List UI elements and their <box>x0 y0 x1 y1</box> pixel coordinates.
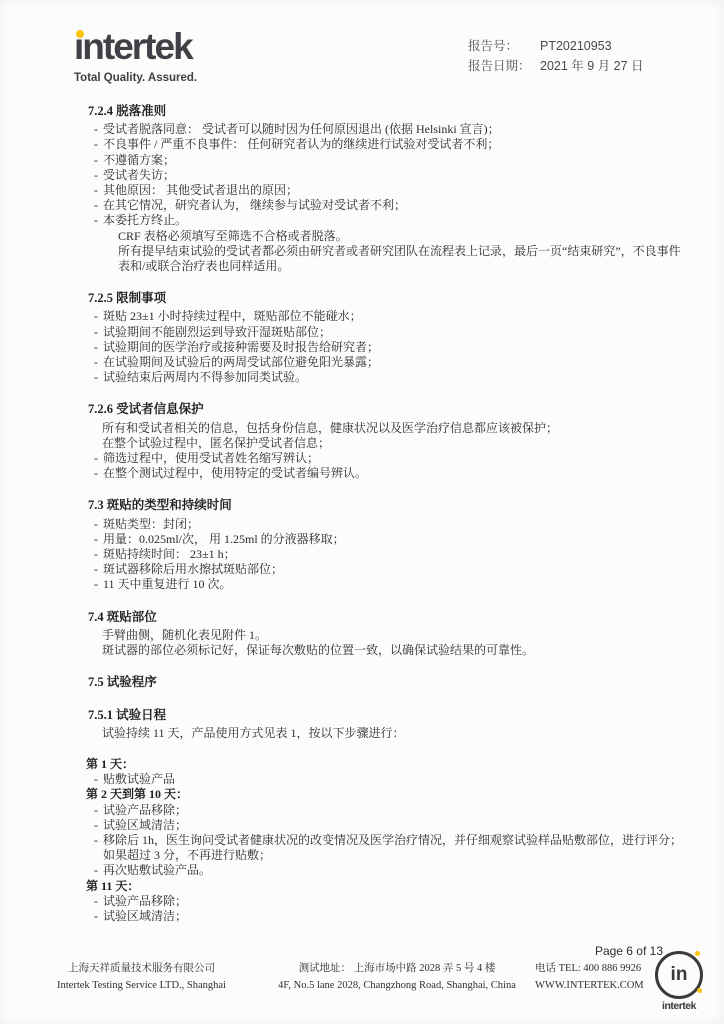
bullet-line: -试验产品移除； <box>88 894 688 909</box>
bullet-marker: - <box>94 577 103 592</box>
line-text: 斑贴持续时间： 23±1 h； <box>103 547 688 562</box>
section-heading: 7.4 斑贴部位 <box>88 610 688 625</box>
logo-wordmark: intertek <box>74 28 197 65</box>
line-text: 本委托方终止。 <box>103 213 688 228</box>
section-heading: 7.2.4 脱落准则 <box>88 104 688 119</box>
bullet-marker: - <box>94 466 103 481</box>
logo-text: intertek <box>74 26 192 67</box>
footer-company-cn: 上海天祥质量技术服务有限公司 <box>34 961 249 977</box>
bullet-line: -不良事件 / 严重不良事件： 任何研究者认为的继续进行试验对受试者不利； <box>88 137 688 152</box>
spacer <box>88 741 688 757</box>
intertek-logo: intertek Total Quality. Assured. <box>74 28 197 84</box>
bullet-line: -试验区域清洁； <box>88 909 688 924</box>
line-text: 贴敷试验产品 <box>103 772 688 787</box>
bullet-line: -受试者失访； <box>88 168 688 183</box>
line-text: 试验期间不能剧烈运到导致汗湿斑贴部位； <box>103 325 688 340</box>
bullet-line: -试验结束后两周内不得参加同类试验。 <box>88 370 688 385</box>
day-heading: 第 2 天到第 10 天： <box>86 787 688 802</box>
bullet-line: -不遵循方案； <box>88 153 688 168</box>
document-body: 7.2.4 脱落准则-受试者脱落同意： 受试者可以随时因为任何原因退出 (依据 … <box>88 104 688 924</box>
bullet-line: -在整个测试过程中，使用特定的受试者编号辨认。 <box>88 466 688 481</box>
section-heading: 7.5.1 试验日程 <box>88 708 688 723</box>
line-text: 斑贴类型：封闭； <box>103 517 688 532</box>
bullet-marker: - <box>94 818 103 833</box>
page-number: Page 6 of 13 <box>535 942 665 961</box>
bullet-marker: - <box>94 153 103 168</box>
bullet-marker: - <box>94 517 103 532</box>
bullet-marker: - <box>94 772 103 787</box>
bullet-line: -试验期间不能剧烈运到导致汗湿斑贴部位； <box>88 325 688 340</box>
bullet-marker: - <box>94 833 103 863</box>
bullet-line: -筛选过程中，使用受试者姓名缩写辨认； <box>88 451 688 466</box>
bullet-line: -用量：0.025ml/次， 用 1.25ml 的分液器移取； <box>88 532 688 547</box>
bullet-line: -斑贴持续时间： 23±1 h； <box>88 547 688 562</box>
day-heading: 第 11 天： <box>86 879 688 894</box>
bullet-marker: - <box>94 451 103 466</box>
report-no-value: PT20210953 <box>540 36 612 56</box>
bullet-line: -本委托方终止。 <box>88 213 688 228</box>
bullet-marker: - <box>94 863 103 878</box>
line-text: 试验区域清洁； <box>103 909 688 924</box>
logo-tagline: Total Quality. Assured. <box>74 72 197 84</box>
footer-contact-block: Page 6 of 13 电话 TEL: 400 886 9926 WWW.IN… <box>535 942 665 994</box>
section-heading: 7.2.6 受试者信息保护 <box>88 402 688 417</box>
report-page: intertek Total Quality. Assured. 报告号： PT… <box>0 0 724 1024</box>
line-text: 不良事件 / 严重不良事件： 任何研究者认为的继续进行试验对受试者不利； <box>103 137 688 152</box>
bullet-marker: - <box>94 562 103 577</box>
text-line: 手臂曲侧，随机化表见附件 1。 <box>88 628 688 643</box>
footer-company-en: Intertek Testing Service LTD., Shanghai <box>34 978 249 994</box>
line-text: 不遵循方案； <box>103 153 688 168</box>
line-text: 受试者失访； <box>103 168 688 183</box>
line-text: 在试验期间及试验后的两周受试部位避免阳光暴露； <box>103 355 688 370</box>
bullet-marker: - <box>94 198 103 213</box>
bullet-line: -斑贴 23±1 小时持续过程中，斑贴部位不能碰水； <box>88 309 688 324</box>
footer-company-block: 上海天祥质量技术服务有限公司 Intertek Testing Service … <box>34 961 249 994</box>
line-text: 在其它情况，研究者认为， 继续参与试验对受试者不利； <box>103 198 688 213</box>
footer-address-cn: 测试地址： 上海市场中路 2028 弄 5 号 4 楼 <box>252 961 542 977</box>
text-line: CRF 表格必须填写至筛选不合格或者脱落。 <box>88 229 688 244</box>
bullet-line: -11 天中重复进行 10 次。 <box>88 577 688 592</box>
bullet-line: -斑贴类型：封闭； <box>88 517 688 532</box>
section-heading: 7.5 试验程序 <box>88 675 688 690</box>
page-footer: 上海天祥质量技术服务有限公司 Intertek Testing Service … <box>0 938 724 1024</box>
bullet-marker: - <box>94 532 103 547</box>
bullet-line: -斑试器移除后用水擦拭斑贴部位； <box>88 562 688 577</box>
bullet-marker: - <box>94 909 103 924</box>
line-text: 试验期间的医学治疗或接种需要及时报告给研究者； <box>103 340 688 355</box>
line-text: 试验产品移除； <box>103 803 688 818</box>
bullet-line: -贴敷试验产品 <box>88 772 688 787</box>
footer-website: WWW.INTERTEK.COM <box>535 978 665 994</box>
text-line: 所有和受试者相关的信息，包括身份信息，健康状况以及医学治疗信息都应该被保护； <box>88 421 688 436</box>
text-line: 斑试器的部位必须标记好，保证每次敷贴的位置一致，以确保试验结果的可靠性。 <box>88 643 688 658</box>
line-text: 斑贴 23±1 小时持续过程中，斑贴部位不能碰水； <box>103 309 688 324</box>
footer-phone: 电话 TEL: 400 886 9926 <box>535 961 665 977</box>
bullet-marker: - <box>94 370 103 385</box>
report-date-row: 报告日期： 2021 年 9 月 27 日 <box>468 56 644 76</box>
bullet-line: -其他原因： 其他受试者退出的原因； <box>88 183 688 198</box>
bullet-marker: - <box>94 355 103 370</box>
bullet-marker: - <box>94 168 103 183</box>
intertek-roundel-logo: in intertek <box>648 951 710 1012</box>
line-text: 受试者脱落同意： 受试者可以随时因为任何原因退出 (依据 Helsinki 宣言… <box>103 122 688 137</box>
bullet-line: -试验期间的医学治疗或接种需要及时报告给研究者； <box>88 340 688 355</box>
bullet-marker: - <box>94 340 103 355</box>
bullet-marker: - <box>94 803 103 818</box>
bullet-line: -移除后 1h，医生询问受试者健康状况的改变情况及医学治疗情况，并仔细观察试验样… <box>88 833 688 863</box>
bullet-marker: - <box>94 547 103 562</box>
day-heading: 第 1 天： <box>86 757 688 772</box>
footer-address-block: 测试地址： 上海市场中路 2028 弄 5 号 4 楼 4F, No.5 lan… <box>252 961 542 994</box>
footer-address-en: 4F, No.5 lane 2028, Changzhong Road, Sha… <box>252 978 542 994</box>
line-text: 其他原因： 其他受试者退出的原因； <box>103 183 688 198</box>
bullet-marker: - <box>94 122 103 137</box>
bullet-line: -在试验期间及试验后的两周受试部位避免阳光暴露； <box>88 355 688 370</box>
line-text: 11 天中重复进行 10 次。 <box>103 577 688 592</box>
line-text: 筛选过程中，使用受试者姓名缩写辨认； <box>103 451 688 466</box>
report-no-row: 报告号： PT20210953 <box>468 36 644 56</box>
bullet-line: -再次贴敷试验产品。 <box>88 863 688 878</box>
bullet-marker: - <box>94 325 103 340</box>
text-line: 试验持续 11 天，产品使用方式见表 1，按以下步骤进行： <box>88 726 688 741</box>
section-heading: 7.2.5 限制事项 <box>88 291 688 306</box>
bullet-marker: - <box>94 309 103 324</box>
line-text: 移除后 1h，医生询问受试者健康状况的改变情况及医学治疗情况，并仔细观察试验样品… <box>103 833 688 863</box>
line-text: 试验区域清洁； <box>103 818 688 833</box>
bullet-line: -受试者脱落同意： 受试者可以随时因为任何原因退出 (依据 Helsinki 宣… <box>88 122 688 137</box>
line-text: 再次贴敷试验产品。 <box>103 863 688 878</box>
report-date-label: 报告日期： <box>468 56 540 76</box>
report-meta: 报告号： PT20210953 报告日期： 2021 年 9 月 27 日 <box>468 36 644 76</box>
text-line: 在整个试验过程中，匿名保护受试者信息； <box>88 436 688 451</box>
roundel-brand-text: intertek <box>648 1000 710 1012</box>
report-no-label: 报告号： <box>468 36 540 56</box>
logo-yellow-dot-icon <box>76 30 84 38</box>
bullet-marker: - <box>94 213 103 228</box>
bullet-line: -在其它情况，研究者认为， 继续参与试验对受试者不利； <box>88 198 688 213</box>
text-line: 所有提早结束试验的受试者都必须由研究者或者研究团队在流程表上记录，最后一页“结束… <box>88 244 688 274</box>
section-heading: 7.3 斑贴的类型和持续时间 <box>88 498 688 513</box>
line-text: 用量：0.025ml/次， 用 1.25ml 的分液器移取； <box>103 532 688 547</box>
roundel-circle-icon: in <box>655 951 703 999</box>
line-text: 试验产品移除； <box>103 894 688 909</box>
bullet-line: -试验产品移除； <box>88 803 688 818</box>
line-text: 试验结束后两周内不得参加同类试验。 <box>103 370 688 385</box>
line-text: 斑试器移除后用水擦拭斑贴部位； <box>103 562 688 577</box>
roundel-in-text: in <box>671 964 688 986</box>
bullet-marker: - <box>94 137 103 152</box>
bullet-marker: - <box>94 894 103 909</box>
report-date-value: 2021 年 9 月 27 日 <box>540 56 644 76</box>
bullet-line: -试验区域清洁； <box>88 818 688 833</box>
bullet-marker: - <box>94 183 103 198</box>
line-text: 在整个测试过程中，使用特定的受试者编号辨认。 <box>103 466 688 481</box>
